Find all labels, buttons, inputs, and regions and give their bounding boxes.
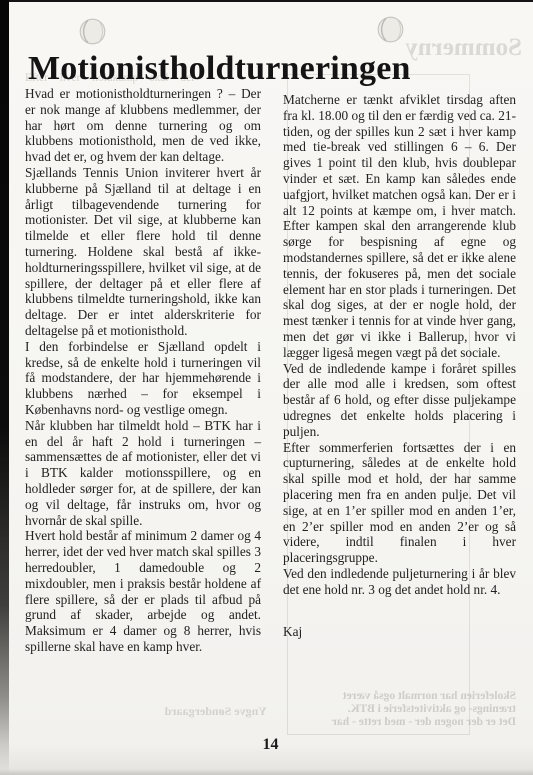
paragraph: Hvad er motionistholdturneringen ? – Der… [25, 86, 261, 165]
paragraph: Hvert hold består af minimum 2 damer og … [25, 528, 261, 654]
bleed-through-line: Skoleferien har normalt også været [283, 690, 516, 703]
bleed-through-line: Det er der nogen der - med rette - har [283, 716, 516, 729]
paragraph: I den forbindelse er Sjælland opdelt i k… [25, 339, 261, 418]
page-title: Motionistholdturneringen [28, 49, 411, 89]
bleed-through-line: trænings- og aktivitetsferie i BTK. [283, 703, 516, 716]
paragraph: Ved den indledende puljeturnering i år b… [283, 566, 516, 598]
scan-left-edge [0, 0, 9, 775]
scan-top-edge [0, 0, 533, 2]
page-number: 14 [25, 736, 516, 754]
scan-bottom-edge [0, 769, 533, 775]
bleed-through-signature: Yngve Søndergaard [155, 704, 267, 719]
tennis-ball-icon [79, 18, 106, 50]
paragraph: Efter sommerferien fortsættes der i en c… [283, 440, 516, 566]
paragraph: Matcherne er tænkt afviklet tirsdag afte… [283, 92, 516, 361]
paragraph: Sjællands Tennis Union inviterer hvert å… [25, 165, 261, 339]
tennis-ball-icon [377, 16, 404, 48]
scanned-newsletter-page: Efter hver holdkamp skal der Sommerny Sk… [0, 0, 533, 775]
article-column-left: Hvad er motionistholdturneringen ? – Der… [25, 86, 261, 655]
paragraph: Ved de indledende kampe i foråret spille… [283, 361, 516, 440]
author-signature: Kaj [283, 624, 516, 640]
bleed-through-paragraph: Skoleferien har normalt også været træni… [283, 690, 516, 728]
article-column-right: Matcherne er tænkt afviklet tirsdag afte… [283, 92, 516, 639]
paragraph: Når klubben har tilmeldt hold – BTK har … [25, 418, 261, 529]
